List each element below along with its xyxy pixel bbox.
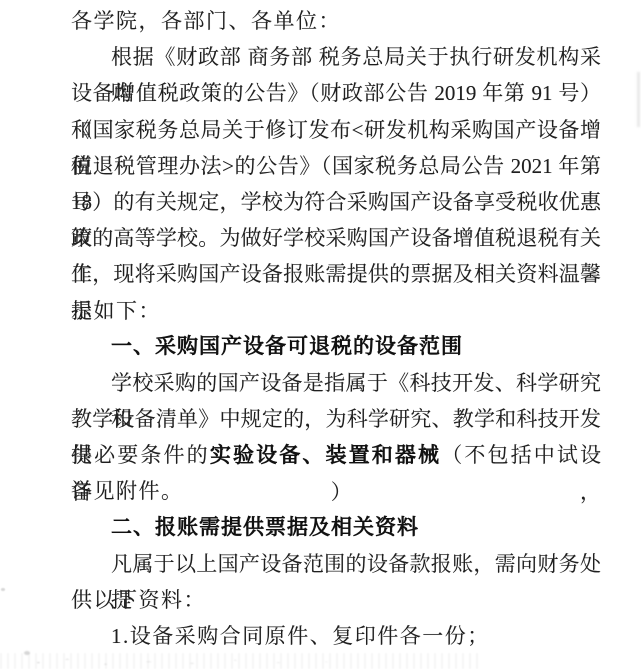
- para1-line-3: 《国家税务总局关于修订发布<研发机构采购国产设备增值: [71, 112, 601, 148]
- para1-line-1: 根据《财政部 商务部 税务总局关于执行研发机构采购: [71, 39, 601, 75]
- list-item-1: 1.设备采购合同原件、复印件各一份；: [71, 618, 601, 654]
- para1-line-5: 号）的有关规定，学校为符合采购国产设备享受税收优惠政: [71, 184, 601, 220]
- scan-smudge-right-edge: [637, 72, 640, 127]
- para2-line-1: 学校采购的国产设备是指属于《科技开发、科学研究和: [71, 365, 601, 401]
- para1-line-6: 策的高等学校。为做好学校采购国产设备增值税退税有关工: [71, 220, 601, 256]
- scan-speck: [24, 651, 30, 655]
- para3-line-2: 供以下资料：: [71, 582, 601, 618]
- para1-line-2: 设备增值税政策的公告》（财政部公告 2019 年第 91 号）和: [71, 75, 601, 111]
- document-page: 各学院，各部门、各单位： 根据《财政部 商务部 税务总局关于执行研发机构采购 设…: [0, 0, 641, 669]
- para2-line-3-emphasis: 实验设备、装置和器械: [210, 444, 441, 467]
- section1-heading: 一、采购国产设备可退税的设备范围: [71, 329, 601, 365]
- salutation-line: 各学院，各部门、各单位：: [71, 3, 601, 39]
- para2-line-3: 供必要条件的实验设备、装置和器械（不包括中试设备），: [71, 437, 601, 473]
- para1-line-7: 作，现将采购国产设备报账需提供的票据及相关资料温馨提: [71, 256, 601, 292]
- para1-line-4: 税退税管理办法>的公告》（国家税务总局公告 2021 年第 18: [71, 148, 601, 184]
- para3-line-1: 凡属于以上国产设备范围的设备款报账，需向财务处提: [71, 546, 601, 582]
- para1-line-8: 示如下：: [71, 293, 601, 329]
- section2-heading: 二、报账需提供票据及相关资料: [71, 510, 601, 546]
- scan-noise-bottom: [0, 653, 480, 669]
- document-text-block: 各学院，各部门、各单位： 根据《财政部 商务部 税务总局关于执行研发机构采购 设…: [71, 3, 601, 654]
- scan-speck: [1, 588, 5, 591]
- para2-line-3-prefix: 供必要条件的: [71, 443, 210, 467]
- para2-line-2: 教学设备清单》中规定的，为科学研究、教学和科技开发提: [71, 401, 601, 437]
